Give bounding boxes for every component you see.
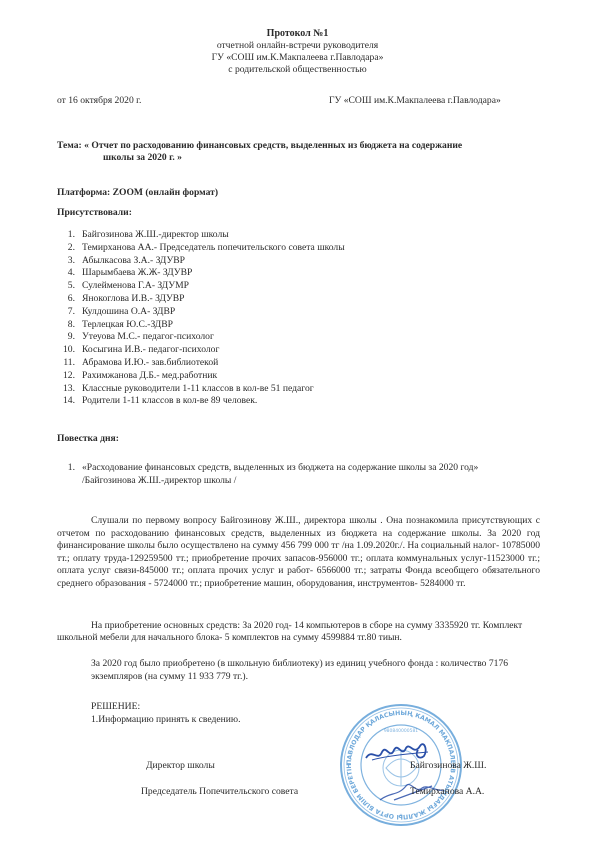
attendee-text: Шарымбаева Ж.Ж- ЗДУВР (82, 267, 192, 278)
list-number: 6. (57, 293, 75, 305)
topic-text: « Отчет по расходованию финансовых средс… (84, 140, 462, 151)
attendee-item: 6.Янокоглова И.В.- ЗДУВР (57, 293, 345, 306)
attendee-item: 3.Абылкасова З.А.- ЗДУВР (57, 255, 345, 268)
svg-text:*: * (400, 813, 403, 820)
body-paragraph-2: На приобретение основных средств: За 202… (57, 620, 535, 645)
attendee-item: 1.Байгозинова Ж.Ш.-директор школы (57, 229, 345, 242)
attendee-item: 13.Классные руководители 1-11 классов в … (57, 383, 345, 396)
paragraph-text: Слушали по первому вопросу Байгозинову Ж… (57, 515, 540, 589)
attendee-text: Сулейменова Г.А- ЗДУМР (82, 280, 189, 291)
decision-heading: РЕШЕНИЕ: (91, 701, 140, 713)
document-organization: ГУ «СОШ им.К.Макпалеева г.Павлодара» (329, 95, 501, 107)
attendee-item: 2.Темирханова АА.- Председатель попечите… (57, 242, 345, 255)
attendee-item: 4.Шарымбаева Ж.Ж- ЗДУВР (57, 267, 345, 280)
attendee-item: 7.Кулдошина О.А- ЗДВР (57, 306, 345, 319)
attendee-text: Темирханова АА.- Председатель попечитель… (82, 242, 345, 253)
document-date: от 16 октября 2020 г. (57, 95, 141, 107)
signature-name-chair: Темирханова А.А. (410, 786, 484, 798)
list-number: 14. (57, 395, 75, 407)
list-number: 12. (57, 370, 75, 382)
body-paragraph-1: Слушали по первому вопросу Байгозинову Ж… (57, 515, 540, 591)
agenda-item: 1.«Расходование финансовых средств, выде… (57, 462, 478, 474)
attendee-text: Терлецкая Ю.С.-ЗДВР (82, 319, 173, 330)
list-number: 1. (57, 229, 75, 241)
attendee-text: Кулдошина О.А- ЗДВР (82, 306, 175, 317)
attendee-text: Утеуова М.С.- педагог-психолог (82, 331, 214, 342)
attendee-item: 10.Косыгина И.В.- педагог-психолог (57, 344, 345, 357)
list-number: 7. (57, 306, 75, 318)
paragraph-text: За 2020 год было приобретено (в школьную… (91, 658, 508, 682)
attendees-list: 1.Байгозинова Ж.Ш.-директор школы 2.Теми… (57, 229, 345, 408)
list-number: 13. (57, 383, 75, 395)
attendee-text: Косыгина И.В.- педагог-психолог (82, 344, 219, 355)
agenda-item-speaker: /Байгозинова Ж.Ш.-директор школы / (82, 475, 236, 487)
signature-role-chair: Председатель Попечительского совета (141, 786, 298, 798)
attendee-item: 9.Утеуова М.С.- педагог-психолог (57, 331, 345, 344)
attendee-text: Родители 1-11 классов в кол-ве 89 челове… (82, 395, 257, 406)
topic-line-2: школы за 2020 г. » (103, 152, 182, 164)
list-number: 8. (57, 319, 75, 331)
topic-label: Тема: (57, 140, 82, 151)
signature-name-director: Байгозинова Ж.Ш. (410, 760, 486, 772)
attendee-text: Классные руководители 1-11 классов в кол… (82, 383, 314, 394)
list-number: 11. (57, 357, 75, 369)
header-subtitle-2: ГУ «СОШ им.К.Макпалеева г.Павлодара» (0, 52, 595, 64)
attendee-text: Янокоглова И.В.- ЗДУВР (82, 293, 185, 304)
topic-line-1: Тема: « Отчет по расходованию финансовых… (57, 140, 462, 152)
attendee-item: 8.Терлецкая Ю.С.-ЗДВР (57, 319, 345, 332)
attendee-item: 11.Абрамова И.Ю.- зав.библиотекой (57, 357, 345, 370)
list-number: 2. (57, 242, 75, 254)
platform: Платформа: ZOOM (онлайн формат) (57, 187, 218, 199)
attendee-item: 14.Родители 1-11 классов в кол-ве 89 чел… (57, 395, 345, 408)
paragraph-text: На приобретение основных средств: За 202… (57, 620, 522, 643)
attendees-heading: Присутствовали: (57, 207, 132, 219)
agenda-heading: Повестка дня: (57, 433, 119, 445)
attendee-text: Рахимжанова Д.Б.- мед.работник (82, 370, 217, 381)
document-title: Протокол №1 (0, 28, 595, 41)
header-subtitle-1: отчетной онлайн-встречи руководителя (0, 40, 595, 52)
list-number: 5. (57, 280, 75, 292)
agenda-item-text: «Расходование финансовых средств, выделе… (82, 462, 478, 473)
attendee-item: 5.Сулейменова Г.А- ЗДУМР (57, 280, 345, 293)
header-subtitle-3: с родительской общественностью (0, 64, 595, 76)
list-number: 9. (57, 331, 75, 343)
attendee-text: Байгозинова Ж.Ш.-директор школы (82, 229, 229, 240)
attendee-item: 12.Рахимжанова Д.Б.- мед.работник (57, 370, 345, 383)
decision-item: 1.Информацию принять к сведению. (91, 714, 241, 726)
attendee-text: Абылкасова З.А.- ЗДУВР (82, 255, 185, 266)
list-number: 4. (57, 267, 75, 279)
list-number: 1. (57, 462, 75, 474)
body-paragraph-3: За 2020 год было приобретено (в школьную… (91, 658, 541, 683)
signature-role-director: Директор школы (146, 760, 215, 772)
list-number: 3. (57, 255, 75, 267)
list-number: 10. (57, 344, 75, 356)
svg-text:980840000581: 980840000581 (384, 728, 418, 734)
attendee-text: Абрамова И.Ю.- зав.библиотекой (82, 357, 218, 368)
